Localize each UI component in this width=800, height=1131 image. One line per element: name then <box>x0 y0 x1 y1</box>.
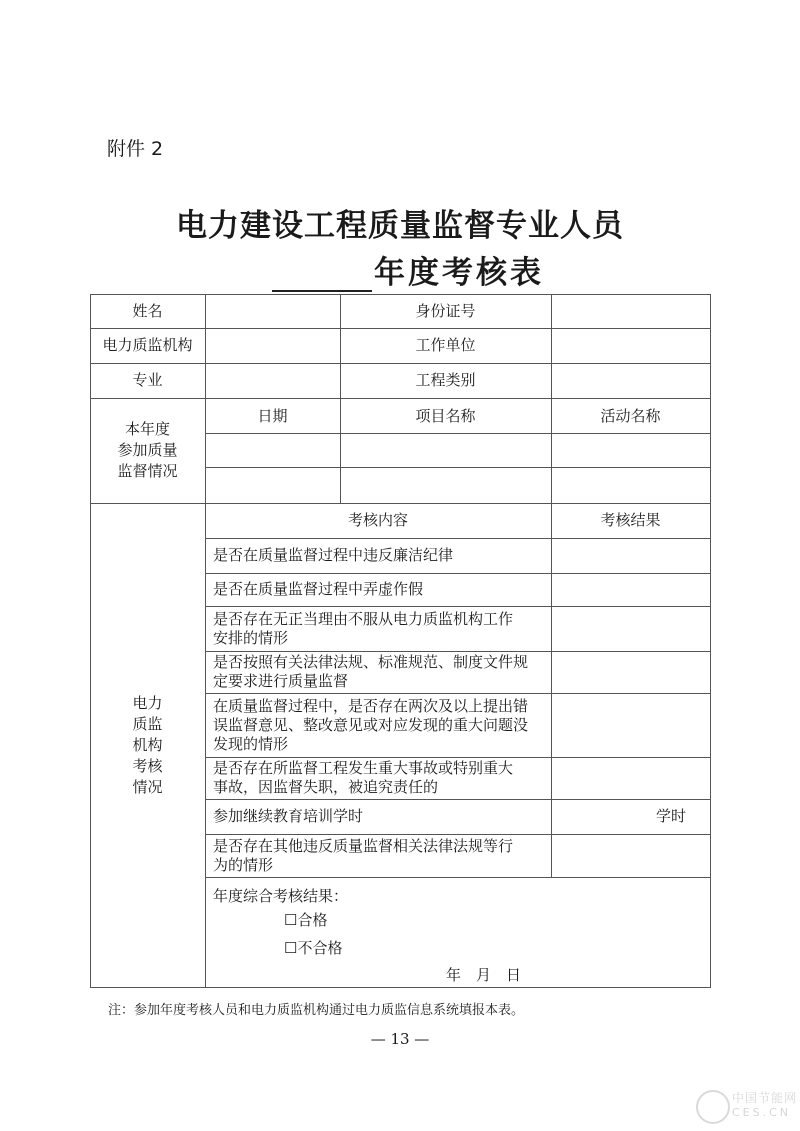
assessment-result-field[interactable] <box>551 693 710 757</box>
item-text: 是否在质量监督过程中弄虚作假 <box>213 580 423 599</box>
item-text: 是否存在其他违反质量监督相关法律法规等行 <box>213 837 513 856</box>
fail-label: 不合格 <box>297 939 342 958</box>
activity-name-column-header: 活动名称 <box>551 398 710 433</box>
date-column-header: 日期 <box>205 398 340 433</box>
checkbox-icon[interactable]: ☐ <box>284 939 297 958</box>
participation-project-field[interactable] <box>340 433 551 467</box>
label-line: 本年度 <box>125 419 170 440</box>
name-label: 姓名 <box>90 294 205 328</box>
id-number-field[interactable] <box>551 294 710 328</box>
item-text: 在质量监督过程中，是否存在两次及以上提出错 <box>213 697 528 716</box>
hours-unit: 学时 <box>656 807 686 826</box>
item-text: 参加继续教育培训学时 <box>213 807 363 826</box>
label-line: 机构 <box>132 735 162 756</box>
assessment-result-field[interactable] <box>551 834 710 877</box>
assessment-item: 是否存在所监督工程发生重大事故或特别重大 事故，因监督失职，被追究责任的 <box>205 757 551 799</box>
item-text: 是否存在无正当理由不服从电力质监机构工作 <box>213 610 513 629</box>
project-name-column-header: 项目名称 <box>340 398 551 433</box>
id-number-label: 身份证号 <box>340 294 551 328</box>
assessment-section-label: 电力 质监 机构 考核 情况 <box>90 503 205 987</box>
agency-field[interactable] <box>205 328 340 363</box>
date-line: 年 月 日 <box>446 965 566 985</box>
watermark: 中国节能网 CES.CN <box>694 1086 798 1126</box>
fail-option[interactable]: ☐不合格 <box>284 938 404 958</box>
item-text: 安排的情形 <box>213 629 288 648</box>
participation-date-field[interactable] <box>205 433 340 467</box>
label-line: 参加质量 <box>117 440 177 461</box>
watermark-logo-icon <box>696 1090 730 1124</box>
employer-label: 工作单位 <box>340 328 551 363</box>
item-text: 定要求进行质量监督 <box>213 672 348 691</box>
pass-label: 合格 <box>297 911 327 930</box>
item-text: 是否在质量监督过程中违反廉洁纪律 <box>213 546 453 565</box>
assessment-result-field[interactable] <box>551 538 710 573</box>
label-line: 情况 <box>132 777 162 798</box>
item-text: 是否按照有关法律法规、标准规范、制度文件规 <box>213 653 528 672</box>
assessment-result-field[interactable] <box>551 757 710 799</box>
assessment-item: 参加继续教育培训学时 <box>205 799 551 834</box>
employer-field[interactable] <box>551 328 710 363</box>
assessment-item: 是否在质量监督过程中弄虚作假 <box>205 573 551 606</box>
assessment-result-field[interactable] <box>551 573 710 606</box>
participation-activity-field[interactable] <box>551 433 710 467</box>
checkbox-icon[interactable]: ☐ <box>284 911 297 930</box>
participation-activity-field[interactable] <box>551 467 710 503</box>
project-type-label: 工程类别 <box>340 363 551 398</box>
specialty-field[interactable] <box>205 363 340 398</box>
agency-label: 电力质监机构 <box>90 328 205 363</box>
participation-section-label: 本年度 参加质量 监督情况 <box>90 398 205 503</box>
label-line: 电力 <box>132 693 162 714</box>
assessment-item: 是否存在其他违反质量监督相关法律法规等行 为的情形 <box>205 834 551 877</box>
assessment-item: 是否存在无正当理由不服从电力质监机构工作 安排的情形 <box>205 606 551 651</box>
label-line: 监督情况 <box>117 461 177 482</box>
assessment-form-table: 姓名 身份证号 电力质监机构 工作单位 专业 工程类别 本年度 参加质量 监督情… <box>0 0 800 1131</box>
assessment-item: 是否按照有关法律法规、标准规范、制度文件规 定要求进行质量监督 <box>205 651 551 693</box>
item-text: 是否存在所监督工程发生重大事故或特别重大 <box>213 759 513 778</box>
project-type-field[interactable] <box>551 363 710 398</box>
watermark-cn: 中国节能网 <box>732 1089 797 1106</box>
content-column-header: 考核内容 <box>205 503 551 538</box>
result-column-header: 考核结果 <box>551 503 710 538</box>
participation-date-field[interactable] <box>205 467 340 503</box>
label-line: 考核 <box>132 756 162 777</box>
name-field[interactable] <box>205 294 340 328</box>
item-text: 为的情形 <box>213 856 273 875</box>
watermark-en: CES.CN <box>732 1106 791 1119</box>
label-line: 质监 <box>132 714 162 735</box>
specialty-label: 专业 <box>90 363 205 398</box>
item-text: 误监督意见、整改意见或对应发现的重大问题没 <box>213 716 528 735</box>
assessment-result-field[interactable] <box>551 651 710 693</box>
annual-result-label: 年度综合考核结果： <box>213 886 513 906</box>
training-hours-field[interactable]: 学时 <box>551 799 710 834</box>
item-text: 事故，因监督失职，被追究责任的 <box>213 778 438 797</box>
pass-option[interactable]: ☐合格 <box>284 910 404 930</box>
page-number: — 13 — <box>0 1030 800 1048</box>
footnote: 注：参加年度考核人员和电力质监机构通过电力质监信息系统填报本表。 <box>108 999 524 1018</box>
assessment-item: 在质量监督过程中，是否存在两次及以上提出错 误监督意见、整改意见或对应发现的重大… <box>205 693 551 757</box>
assessment-item: 是否在质量监督过程中违反廉洁纪律 <box>205 538 551 573</box>
assessment-result-field[interactable] <box>551 606 710 651</box>
participation-project-field[interactable] <box>340 467 551 503</box>
item-text: 发现的情形 <box>213 735 288 754</box>
